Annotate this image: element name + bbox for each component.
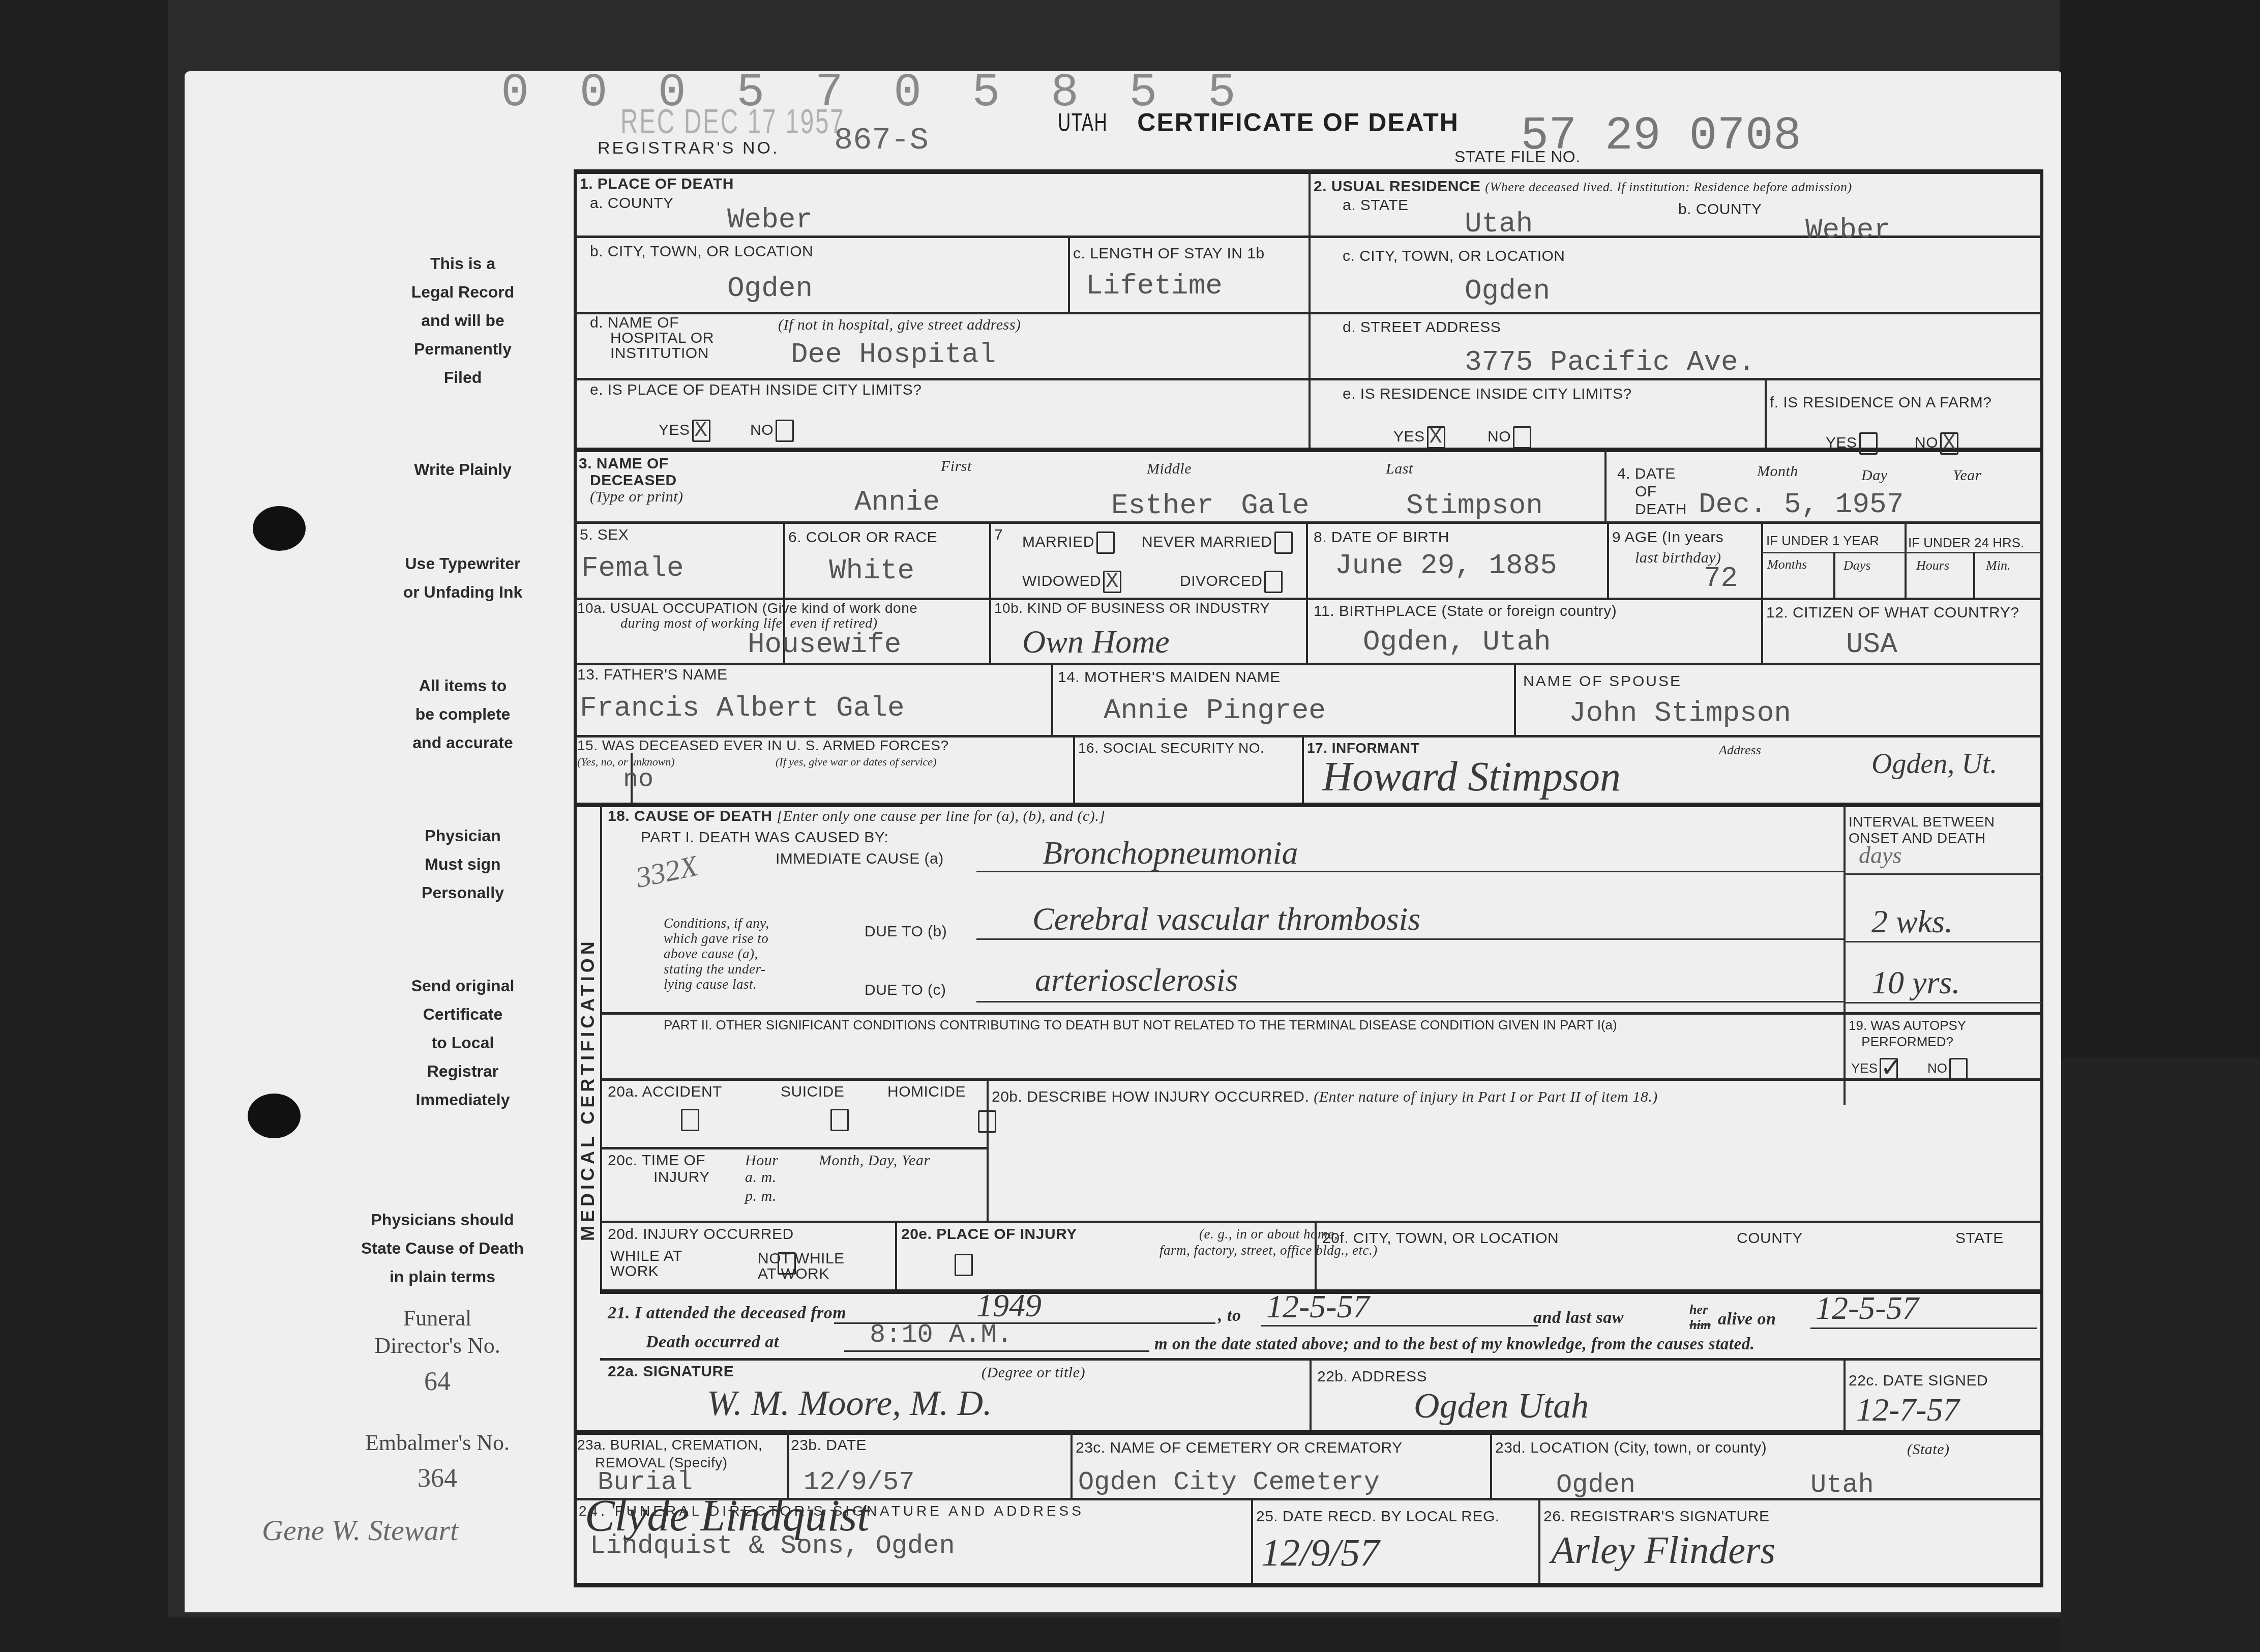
occupation[interactable]: Housewife [748,628,901,661]
col-divider-stay [1068,235,1070,312]
col-divider-age [1607,521,1609,598]
col-divider-main [1309,169,1311,449]
col-divider-26 [1538,1498,1540,1584]
col-divider-farm [1765,378,1767,449]
business[interactable]: Own Home [1022,623,1170,661]
col-divider-under24 [1905,524,1907,598]
informant-signature[interactable]: Howard Stimpson [1322,753,1621,801]
mother-label: 14. MOTHER'S MAIDEN NAME [1058,669,1281,686]
armed-forces[interactable]: no [623,765,653,794]
birthplace[interactable]: Ogden, Utah [1363,626,1551,658]
place-of-injury-label: 20e. PLACE OF INJURY [901,1226,1077,1243]
col-divider-mother [1051,663,1053,736]
sidebar-note-legal: This is a Legal Record and will be Perma… [386,249,539,392]
birthplace-label: 11. BIRTHPLACE (State or foreign country… [1314,603,1617,620]
pod-hospital[interactable]: Dee Hospital [791,338,996,371]
dod-month-label: Month [1757,463,1798,480]
married-option[interactable]: MARRIED [1022,532,1115,554]
no-checkbox[interactable] [1513,426,1531,449]
part2-label: PART II. OTHER SIGNIFICANT CONDITIONS CO… [664,1017,1617,1033]
sex[interactable]: Female [581,552,684,584]
cause-c[interactable]: arteriosclerosis [1035,961,1238,999]
residence-hint: (Where deceased lived. If institution: R… [1485,180,1852,194]
marital-num: 7 [994,526,1003,544]
col-divider-dod [1604,450,1607,524]
res-county[interactable]: Weber [1805,214,1891,246]
no-label: NO [750,422,774,438]
received-date-stamp: REC DEC 17 1957 [620,102,845,141]
col-divider-23b [787,1430,789,1499]
while-at-work-label: WHILE AT WORK [610,1249,682,1279]
punch-hole-top [253,506,306,551]
months-label: Months [1767,557,1807,572]
burial-date-label: 23b. DATE [791,1437,867,1454]
sidebar-note-physician-sign: Physician Must sign Personally [386,821,539,907]
death-tail: m on the date stated above; and to the b… [1154,1335,1755,1354]
last-saw-line [1810,1327,2037,1329]
physician-address-label: 22b. ADDRESS [1317,1368,1427,1385]
col-divider-injury-desc [987,1078,989,1221]
part2-line [600,1012,2042,1015]
sidebar-note-complete: All items to be complete and accurate [386,671,539,757]
injury-desc-hint: (Enter nature of injury in Part I or Par… [1314,1088,1657,1105]
cause-b-line [976,938,1843,940]
pod-stay-label: c. LENGTH OF STAY IN 1b [1073,245,1265,262]
no-checkbox[interactable] [776,420,794,442]
row-line-4 [574,448,2043,452]
her-label: her [1689,1302,1708,1317]
death-time-line [844,1350,1149,1352]
father-label: 13. FATHER'S NAME [577,666,727,684]
col-divider-marital [1306,521,1308,664]
row-line-time-injury [600,1147,987,1149]
location-state-label: (State) [1907,1441,1949,1458]
row-line-injury [600,1078,2042,1081]
place-of-injury-label-text: 20e. PLACE OF INJURY [901,1226,1077,1243]
signature-label: 22a. SIGNATURE [608,1363,734,1380]
date-received[interactable]: 12/9/57 [1261,1531,1379,1575]
pod-hospital-hint: (If not in hospital, give street address… [778,316,1021,334]
cause-heading-text: 18. CAUSE OF DEATH [608,808,772,824]
min-label: Min. [1986,558,2010,573]
name-label-3: (Type or print) [590,488,683,506]
spouse-name[interactable]: John Stimpson [1569,697,1791,729]
medical-side-divider [600,803,602,1291]
res-farm-no[interactable]: NO [1915,432,1958,455]
place-of-death-heading: 1. PLACE OF DEATH [580,175,734,193]
pod-inside-limits-no[interactable]: NO [750,420,794,442]
cemetery[interactable]: Ogden City Cemetery [1078,1467,1380,1497]
sidebar-note-typewriter: Use Typewriter or Unfading Ink [376,549,549,606]
yes-checkbox-checked[interactable] [1427,426,1445,449]
col-divider-date-signed [1843,1358,1846,1432]
title-main: CERTIFICATE OF DEATH [1137,108,1459,137]
am-label: a. m. [745,1169,777,1186]
sex-label: 5. SEX [580,526,629,544]
res-state-label: a. STATE [1343,197,1409,214]
funeral-director-no-label: Funeral Director's No. [346,1305,529,1360]
sidebar-note-cause-plain: Physicians should State Cause of Death i… [336,1205,549,1291]
injury-county-label: COUNTY [1737,1230,1803,1247]
autopsy-no[interactable]: NO [1927,1058,1968,1080]
location-city[interactable]: Ogden [1556,1470,1635,1500]
location-state[interactable]: Utah [1810,1470,1874,1500]
suicide-checkbox[interactable] [830,1109,849,1131]
res-state[interactable]: Utah [1465,208,1533,240]
days-label: Days [1843,558,1870,573]
res-county-label: b. COUNTY [1678,201,1762,218]
funeral-director-no: 64 [346,1368,529,1396]
due-to-c-label: DUE TO (c) [865,982,946,999]
name-label-1: 3. NAME OF [579,455,669,473]
time-injury-label-1: 20c. TIME OF [608,1152,705,1169]
injury-desc-label-text: 20b. DESCRIBE HOW INJURY OCCURRED. [992,1088,1309,1105]
citizen-label: 12. CITIZEN OF WHAT COUNTRY? [1766,604,2019,622]
armed-forces-label: 15. WAS DECEASED EVER IN U. S. ARMED FOR… [577,737,948,754]
yes-checkbox[interactable] [1859,432,1878,455]
conditions-hint: Conditions, if any, which gave rise to a… [664,916,769,992]
col-divider-interval [1843,805,1846,1105]
row-line-3 [574,378,2043,380]
hour-label: Hour [745,1152,778,1169]
cause-hint: [Enter only one cause per line for (a), … [777,808,1105,824]
accident-checkbox[interactable] [681,1109,699,1131]
date-received-label: 25. DATE RECD. BY LOCAL REG. [1256,1508,1500,1525]
dod-year-label: Year [1953,467,1981,484]
yes-label: YES [1851,1060,1878,1076]
middle-name[interactable]: Esther Gale [1111,489,1310,522]
medical-certification-side-label: MEDICAL CERTIFICATION [577,938,599,1241]
armed-forces-hint-2: (If yes, give war or dates of service) [776,755,936,769]
death-at-label: Death occurred at [646,1333,779,1352]
yes-label: YES [1393,428,1425,445]
interval-c[interactable]: 10 yrs. [1871,964,1960,1001]
registrars-no-label: REGISTRAR'S NO. [598,138,779,158]
yes-label: YES [1826,434,1857,451]
pod-inside-limits-yes[interactable]: YES [659,420,710,442]
scan-border-left [0,0,168,1652]
res-street[interactable]: 3775 Pacific Ave. [1465,346,1755,378]
homicide-label: HOMICIDE [887,1083,966,1101]
name-label-2: DECEASED [590,472,677,489]
pm-label: p. m. [745,1188,777,1205]
hours-label: Hours [1916,558,1949,573]
yes-label: YES [659,422,690,438]
never-married-checkbox[interactable] [1274,532,1293,554]
registrar-signature[interactable]: Arley Flinders [1551,1528,1775,1573]
attended-to-line [1261,1325,1538,1326]
injury-occurred-label: 20d. INJURY OCCURRED [608,1226,794,1243]
pod-city[interactable]: Ogden [727,272,813,305]
under-24-hrs-label: IF UNDER 24 HRS. [1908,535,2024,551]
row-line-2 [574,312,2043,314]
col-divider-23c [1070,1430,1073,1499]
pod-stay[interactable]: Lifetime [1086,270,1223,302]
col-divider-place-injury [895,1221,897,1292]
res-inside-limits-label: e. IS RESIDENCE INSIDE CITY LIMITS? [1343,386,1632,403]
alive-on-label: alive on [1718,1310,1776,1329]
death-time[interactable]: 8:10 A.M. [870,1320,1013,1350]
divorced-checkbox[interactable] [1264,571,1283,593]
interval-a-line [1843,873,2042,875]
col-divider-under1 [1761,524,1763,598]
last-name-label: Last [1386,460,1413,478]
registrars-no: 867-S [834,122,929,158]
col-divider-min [1973,552,1975,598]
last-saw-label: and last saw [1533,1308,1624,1327]
dod-day-label: Day [1861,467,1887,484]
immediate-cause-label: IMMEDIATE CAUSE (a) [776,850,944,868]
citizen[interactable]: USA [1846,628,1897,661]
scan-border-bottom [168,1617,2060,1652]
col-divider-citizen [1761,598,1763,664]
attended-from[interactable]: 1949 [976,1287,1042,1324]
no-label: NO [1927,1060,1947,1076]
pod-hospital-label-2: HOSPITAL OR [610,330,714,347]
embalmer-signature: Gene W. Stewart [262,1513,458,1547]
interval-c-line [1843,1002,2042,1004]
col-divider-address [1310,1358,1312,1432]
dob-label: 8. DATE OF BIRTH [1314,529,1449,546]
form-bottom-border [574,1583,2043,1587]
last-saw-date[interactable]: 12-5-57 [1816,1289,1919,1327]
usual-residence-heading: 2. USUAL RESIDENCE (Where deceased lived… [1314,178,1852,195]
funeral-director-address[interactable]: Lindquist & Sons, Ogden [590,1531,955,1561]
res-farm-label: f. IS RESIDENCE ON A FARM? [1770,394,1991,411]
spouse-label: NAME OF SPOUSE [1523,673,1682,690]
race[interactable]: White [829,554,914,587]
never-married-label: NEVER MARRIED [1142,534,1272,550]
burial-label-1: 23a. BURIAL, CREMATION, [577,1437,762,1453]
interval-a[interactable]: days [1859,842,1901,869]
homicide-checkbox[interactable] [978,1110,996,1133]
injury-city-label: 20f. CITY, TOWN, OR LOCATION [1322,1230,1559,1247]
autopsy-label: 19. WAS AUTOPSY PERFORMED? [1849,1017,1966,1050]
pod-county-label: a. COUNTY [590,195,674,212]
informant-address[interactable]: Ogden, Ut. [1871,748,1997,780]
state-file-no: 57 29 0708 [1521,109,1801,163]
col-divider-25 [1251,1498,1253,1584]
autopsy-no-checkbox[interactable] [1949,1058,1968,1080]
residence-heading-text: 2. USUAL RESIDENCE [1314,178,1481,195]
married-checkbox[interactable] [1096,532,1115,554]
age-label-1: 9 AGE (In years [1612,529,1723,546]
date-of-death[interactable]: Dec. 5, 1957 [1699,488,1904,521]
mother-name[interactable]: Annie Pingree [1104,694,1326,727]
date-signed[interactable]: 12-7-57 [1856,1391,1959,1429]
scan-border-right-lower [2060,1058,2260,1652]
pod-county[interactable]: Weber [727,203,813,236]
pod-hospital-label-3: INSTITUTION [610,345,709,362]
divorced-option[interactable]: DIVORCED [1180,571,1283,593]
embalmer-no-label: Embalmer's No. [346,1429,529,1457]
time-injury-label-2: INJURY [653,1169,710,1186]
location-label: 23d. LOCATION (City, town, or county) [1495,1439,1767,1457]
married-label: MARRIED [1022,534,1094,550]
col-divider-race [989,521,991,664]
dod-label-2: OF [1635,483,1657,500]
cemetery-label: 23c. NAME OF CEMETERY OR CREMATORY [1076,1439,1403,1457]
date-signed-label: 22c. DATE SIGNED [1849,1372,1988,1390]
no-checkbox-checked[interactable] [1940,432,1958,455]
mdy-label: Month, Day, Year [819,1152,930,1169]
registrar-signature-label: 26. REGISTRAR'S SIGNATURE [1543,1508,1769,1525]
res-inside-limits-yes[interactable]: YES [1393,426,1445,449]
first-name[interactable]: Annie [854,486,940,518]
interval-b[interactable]: 2 wks. [1871,903,1953,940]
pod-inside-limits-label: e. IS PLACE OF DEATH INSIDE CITY LIMITS? [590,381,921,399]
sidebar-note-send-original: Send original Certificate to Local Regis… [386,971,539,1114]
col-divider-23d [1490,1430,1492,1499]
col-divider-ssn [1073,735,1075,804]
interval-b-line [1843,941,2042,942]
part1-label: PART I. DEATH WAS CAUSED BY: [641,829,888,846]
last-name[interactable]: Stimpson [1406,489,1543,522]
due-to-b-label: DUE TO (b) [865,923,947,940]
res-city-label: c. CITY, TOWN, OR LOCATION [1343,248,1565,265]
occupation-label-1: 10a. USUAL OCCUPATION (Give kind of work… [577,600,917,616]
pod-city-label: b. CITY, TOWN, OR LOCATION [590,243,813,260]
no-label: NO [1488,428,1511,445]
col-divider-days [1833,552,1835,598]
informant-address-label: Address [1719,743,1761,758]
pod-hospital-label-1: d. NAME OF [590,314,679,332]
injury-desc-label: 20b. DESCRIBE HOW INJURY OCCURRED. (Ente… [992,1088,1658,1106]
col-divider-informant [1302,735,1304,804]
injury-state-label: STATE [1955,1230,2004,1247]
res-farm-yes[interactable]: YES [1826,432,1878,455]
sidebar-note-write-plainly: Write Plainly [386,455,539,484]
punch-hole-bottom [248,1094,301,1138]
accident-label: 20a. ACCIDENT [608,1083,722,1101]
attended-to[interactable]: 12-5-57 [1266,1288,1370,1325]
under-1-year-label: IF UNDER 1 YEAR [1766,533,1879,549]
autopsy-yes-checkbox-checked[interactable] [1880,1058,1898,1080]
widowed-label: WIDOWED [1022,573,1101,589]
row-line-signature [600,1358,2042,1361]
embalmer-no: 364 [346,1465,529,1492]
row-line-disposition [574,1430,2043,1435]
page-title: UTAH CERTIFICATE OF DEATH [1058,108,1459,137]
father-name[interactable]: Francis Albert Gale [580,692,905,724]
age[interactable]: 72 [1704,562,1738,595]
never-married-option[interactable]: NEVER MARRIED [1142,532,1293,554]
res-inside-limits-no[interactable]: NO [1488,426,1531,449]
him-label: him [1689,1317,1711,1333]
date-of-birth[interactable]: June 29, 1885 [1335,549,1557,582]
row-line-under-headers [1761,552,2041,553]
degree-label: (Degree or title) [982,1364,1085,1381]
not-while-at-work-label: NOT WHILE AT WORK [758,1251,845,1282]
cause-heading: 18. CAUSE OF DEATH [Enter only one cause… [608,808,1105,825]
not-while-at-work-checkbox[interactable] [955,1254,973,1276]
divorced-label: DIVORCED [1180,573,1262,589]
res-street-label: d. STREET ADDRESS [1343,319,1501,336]
res-city[interactable]: Ogden [1465,275,1550,307]
first-name-label: First [941,458,972,475]
yes-checkbox-checked[interactable] [692,420,710,442]
attended-label: 21. I attended the deceased from [608,1304,846,1323]
widowed-checkbox-checked[interactable] [1103,571,1121,593]
row-line-injury-place [600,1221,2042,1223]
to-label: , to [1218,1306,1241,1325]
business-label: 10b. KIND OF BUSINESS OR INDUSTRY [994,600,1270,616]
title-prefix: UTAH [1058,108,1108,137]
autopsy-yes[interactable]: YES [1851,1058,1898,1080]
widowed-option[interactable]: WIDOWED [1022,571,1121,593]
ssn-label: 16. SOCIAL SECURITY NO. [1078,740,1264,756]
form-right-border [2040,173,2043,1587]
row-line-9 [574,803,2043,807]
dod-label-1: 4. DATE [1617,465,1676,483]
dod-label-3: DEATH [1635,501,1687,518]
col-divider-spouse [1514,663,1516,736]
physician-address[interactable]: Ogden Utah [1414,1386,1589,1427]
no-label: NO [1915,434,1938,451]
race-label: 6. COLOR OR RACE [788,529,937,546]
cause-b[interactable]: Cerebral vascular thrombosis [1032,900,1420,938]
physician-signature[interactable]: W. M. Moore, M. D. [707,1383,992,1424]
cause-a[interactable]: Bronchopneumonia [1043,834,1298,872]
form-left-border [574,169,577,1587]
cause-c-line [976,1001,1843,1002]
suicide-label: SUICIDE [781,1083,844,1101]
middle-name-label: Middle [1147,460,1192,478]
row-line-7 [574,663,2043,665]
